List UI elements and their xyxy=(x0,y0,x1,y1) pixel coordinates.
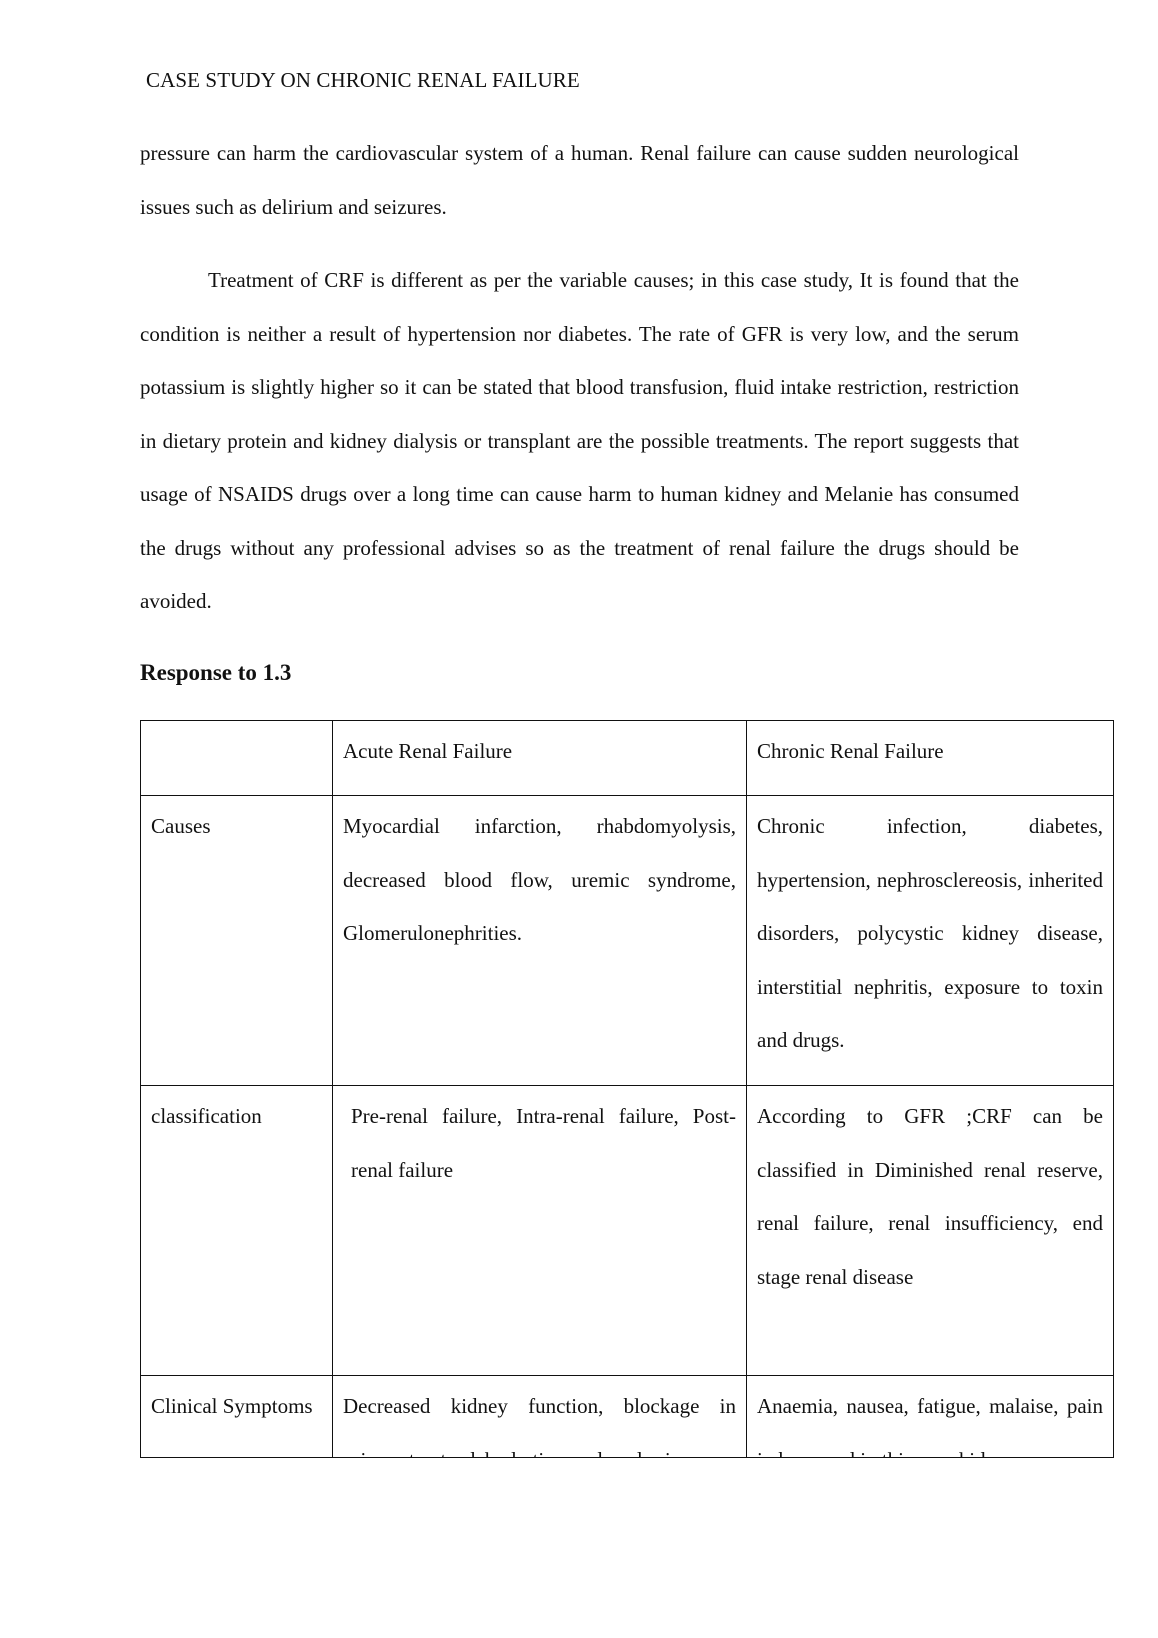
chronic-cell: Chronic infection, diabetes, hypertensio… xyxy=(747,796,1114,1086)
acute-cell: Myocardial infarction, rhabdomyolysis, d… xyxy=(333,796,747,1086)
comparison-table: Acute Renal Failure Chronic Renal Failur… xyxy=(140,720,1114,1458)
header-cell-empty xyxy=(141,721,333,796)
chronic-cell: Anaemia, nausea, fatigue, malaise, pain … xyxy=(757,1380,1103,1457)
table-row: classification Pre-renal failure, Intra-… xyxy=(141,1086,1114,1376)
page-header: CASE STUDY ON CHRONIC RENAL FAILURE xyxy=(146,68,580,93)
section-heading: Response to 1.3 xyxy=(140,660,291,686)
row-label: classification xyxy=(141,1086,333,1376)
header-cell-acute: Acute Renal Failure xyxy=(333,721,747,796)
table-header-row: Acute Renal Failure Chronic Renal Failur… xyxy=(141,721,1114,796)
paragraph-1: pressure can harm the cardiovascular sys… xyxy=(140,127,1019,234)
row-label: Causes xyxy=(141,796,333,1086)
header-cell-chronic: Chronic Renal Failure xyxy=(747,721,1114,796)
chronic-cell: According to GFR ;CRF can be classified … xyxy=(747,1086,1114,1376)
acute-cell: Decreased kidney function, blockage in u… xyxy=(343,1380,736,1457)
row-label: Clinical Symptoms xyxy=(151,1380,322,1457)
acute-cell: Pre-renal failure, Intra-renal failure, … xyxy=(333,1086,747,1376)
paragraph-2: Treatment of CRF is different as per the… xyxy=(140,254,1019,629)
table-row: Clinical Symptoms Decreased kidney funct… xyxy=(141,1376,1114,1458)
table-row: Causes Myocardial infarction, rhabdomyol… xyxy=(141,796,1114,1086)
